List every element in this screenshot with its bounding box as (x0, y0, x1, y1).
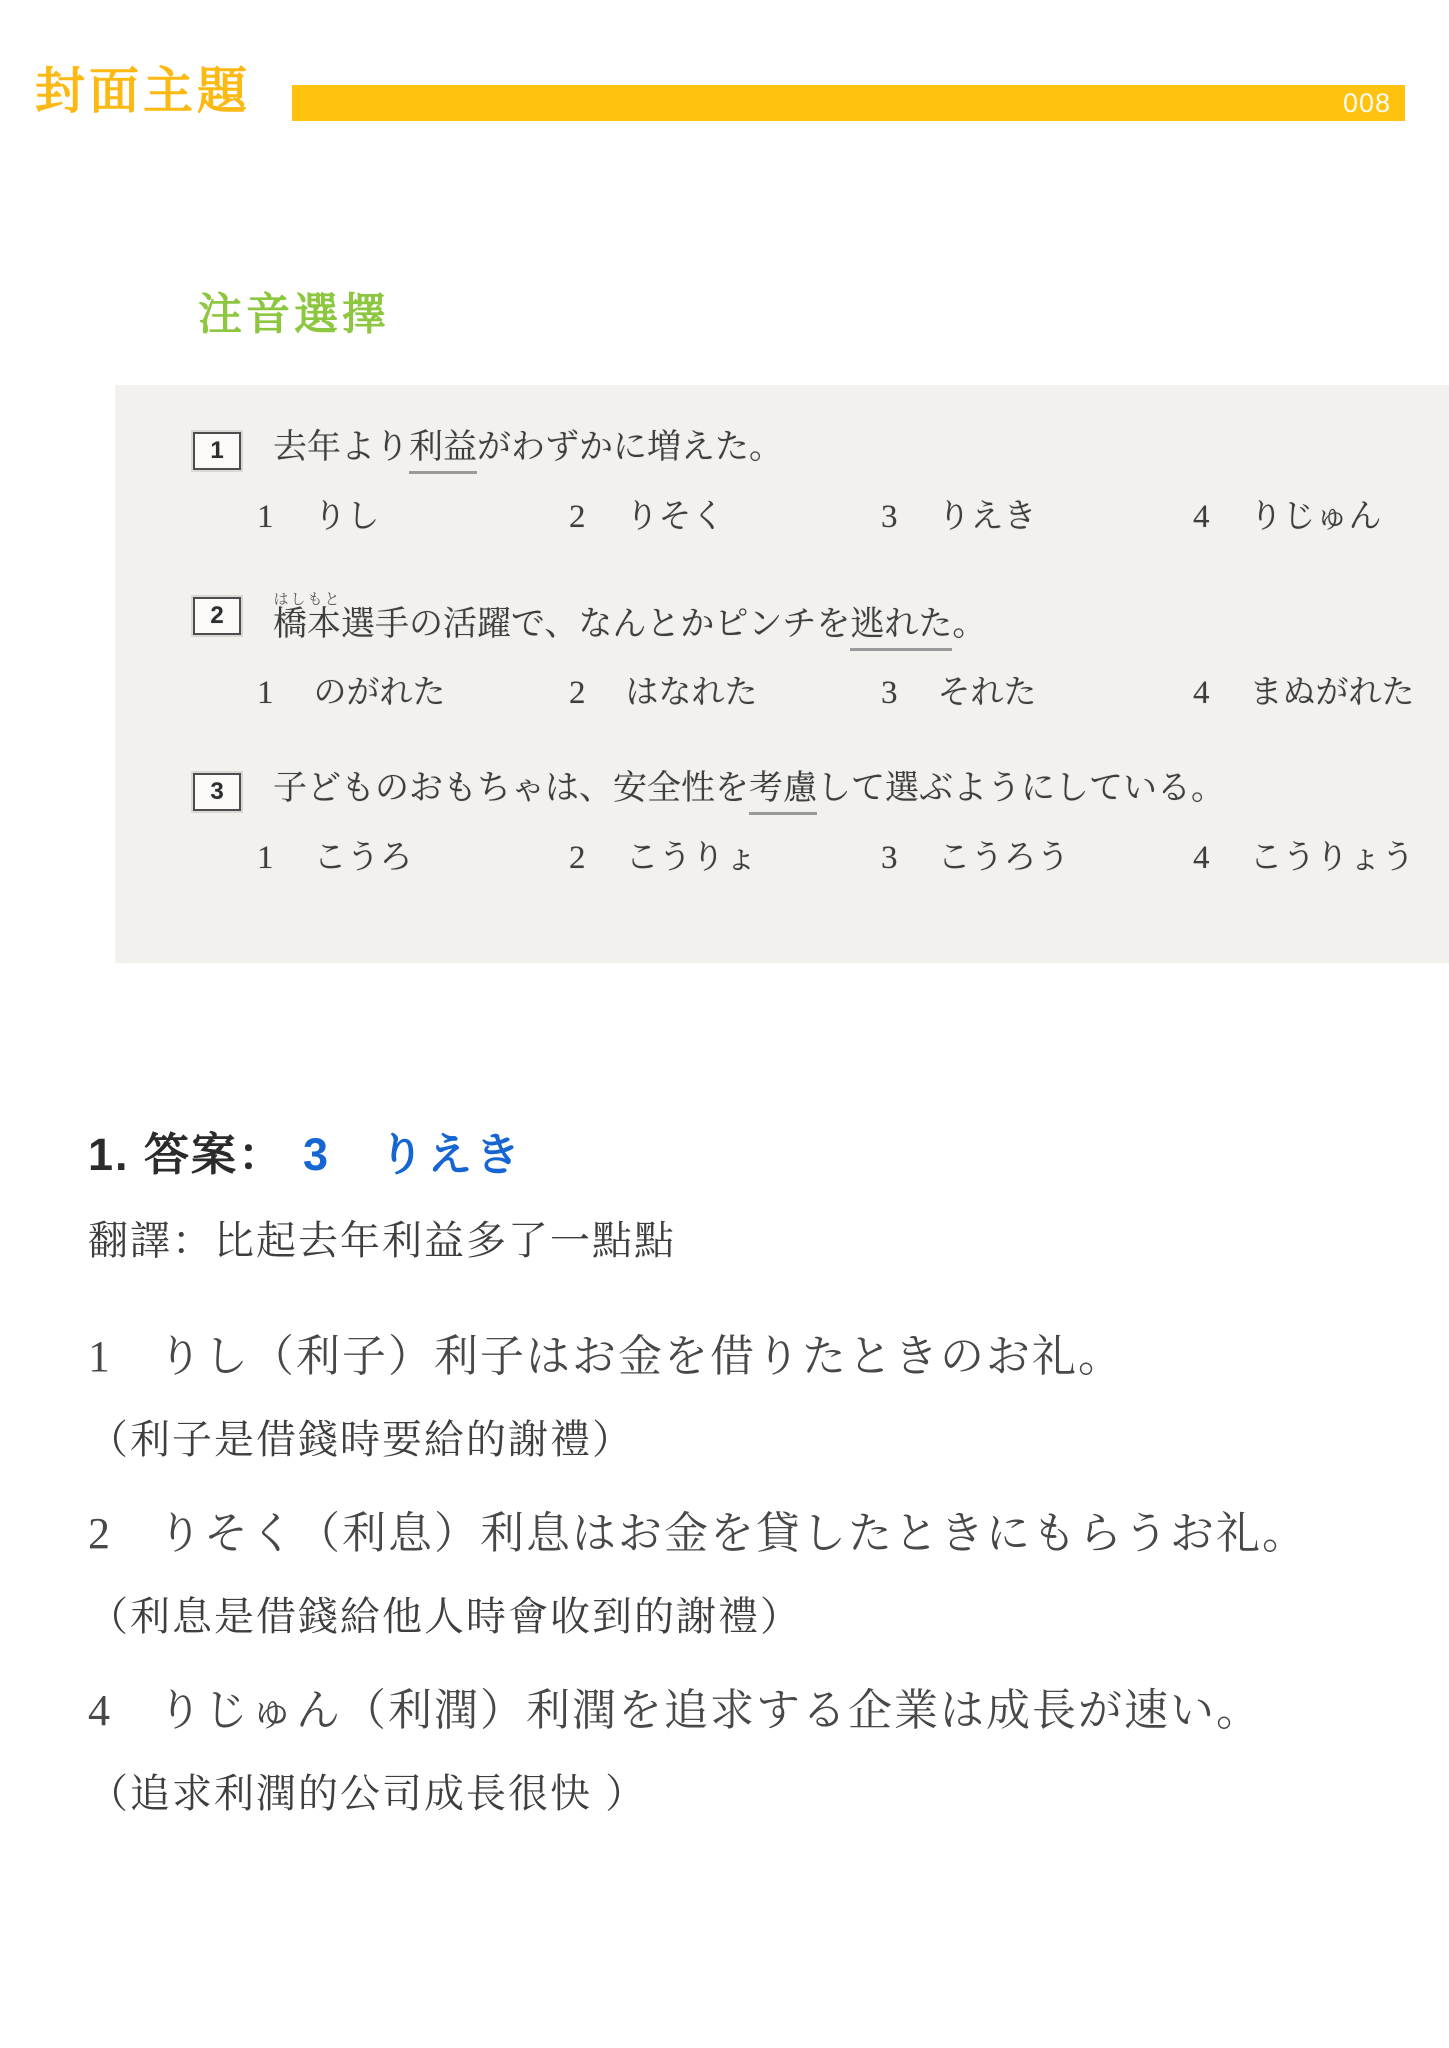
option-item: 2りそく (569, 498, 881, 538)
page-title: 封面主題 (35, 64, 251, 119)
underlined-term: 考慮 (749, 770, 817, 815)
option-number: 4 (1193, 839, 1210, 879)
question-text-pre: 選手の活躍で、なんとかピンチを (341, 606, 850, 643)
option-text: こうりょう (1250, 839, 1415, 879)
furigana-base: 橋本 (273, 606, 341, 643)
option-item: 2はなれた (569, 674, 881, 714)
option-number: 3 (881, 839, 898, 879)
question-text-pre: 子どものおもちゃは、安全性を (273, 770, 749, 807)
option-number: 4 (1193, 674, 1210, 714)
question-text: 去年より利益がわずかに増えた。 (273, 427, 783, 470)
answer-value: 3 りえき (303, 1118, 523, 1183)
explanation-japanese: 2 りそく（利息）利息はお金を貸したときにもらうお礼。 (88, 1497, 1418, 1561)
option-text: りそく (626, 498, 725, 538)
option-text: こうろ (314, 839, 413, 879)
translation-text: 翻譯：比起去年利益多了一點點 (88, 1209, 1418, 1266)
question-number: 3 (210, 777, 223, 807)
question-line: 1 去年より利益がわずかに増えた。 (193, 427, 1449, 470)
page-number: 008 (1343, 88, 1405, 119)
question-number-box: 2 (193, 597, 241, 635)
option-item: 1こうろ (257, 839, 569, 879)
explanation-item: 2 りそく（利息）利息はお金を貸したときにもらうお礼。 （利息是借錢給他人時會收… (88, 1497, 1418, 1642)
question-text: 子どものおもちゃは、安全性を考慮して選ぶようにしている。 (273, 768, 1225, 811)
question-block: 2 橋本はしもと選手の活躍で、なんとかピンチを逃れた。 1のがれた2はなれた3そ… (193, 592, 1449, 714)
option-text: のがれた (314, 674, 446, 714)
question-text-pre: 去年より (273, 429, 409, 466)
question-block: 1 去年より利益がわずかに増えた。 1りし2りそく3りえき4りじゅん (193, 427, 1449, 538)
furigana-text: はしもと (273, 592, 341, 608)
options-row: 1のがれた2はなれた3それた4まぬがれた (257, 674, 1449, 714)
explanation-chinese: （追求利潤的公司成長很快 ） (88, 1762, 1418, 1819)
option-text: りし (314, 498, 380, 538)
question-number: 2 (210, 601, 223, 631)
quiz-scan-image: 1 去年より利益がわずかに増えた。 1りし2りそく3りえき4りじゅん 2 橋本は… (115, 385, 1449, 963)
option-number: 4 (1193, 498, 1210, 538)
quiz-questions: 1 去年より利益がわずかに増えた。 1りし2りそく3りえき4りじゅん 2 橋本は… (193, 427, 1449, 878)
answer-section: 1. 答案： 3 りえき 翻譯：比起去年利益多了一點點 1 りし（利子）利子はお… (88, 1118, 1418, 1851)
question-text: 橋本はしもと選手の活躍で、なんとかピンチを逃れた。 (273, 592, 986, 647)
explanation-chinese: （利子是借錢時要給的謝禮） (88, 1408, 1418, 1465)
option-text: りじゅん (1250, 498, 1382, 538)
option-number: 1 (257, 839, 274, 879)
option-number: 3 (881, 674, 898, 714)
explanation-item: 4 りじゅん（利潤）利潤を追求する企業は成長が速い。 （追求利潤的公司成長很快 … (88, 1674, 1418, 1819)
question-number-box: 1 (193, 432, 241, 470)
option-item: 3それた (881, 674, 1193, 714)
answer-label: 1. 答案： (88, 1118, 285, 1183)
question-text-post: がわずかに増えた。 (477, 429, 783, 466)
options-row: 1りし2りそく3りえき4りじゅん (257, 498, 1449, 538)
question-number: 1 (210, 436, 223, 466)
question-block: 3 子どものおもちゃは、安全性を考慮して選ぶようにしている。 1こうろ2こうりょ… (193, 768, 1449, 879)
document-page: 封面主題 008 注音選擇 1 去年より利益がわずかに増えた。 1りし2りそく3… (0, 0, 1449, 2048)
options-row: 1こうろ2こうりょ3こうろう4こうりょう (257, 839, 1449, 879)
option-item: 3こうろう (881, 839, 1193, 879)
explanation-japanese: 4 りじゅん（利潤）利潤を追求する企業は成長が速い。 (88, 1674, 1418, 1738)
explanation-list: 1 りし（利子）利子はお金を借りたときのお礼。 （利子是借錢時要給的謝禮） 2 … (88, 1320, 1418, 1819)
option-item: 4りじゅん (1193, 498, 1382, 538)
question-line: 3 子どものおもちゃは、安全性を考慮して選ぶようにしている。 (193, 768, 1449, 811)
question-text-post: して選ぶようにしている。 (817, 770, 1225, 807)
explanation-item: 1 りし（利子）利子はお金を借りたときのお礼。 （利子是借錢時要給的謝禮） (88, 1320, 1418, 1465)
section-heading: 注音選擇 (198, 278, 390, 342)
option-item: 3りえき (881, 498, 1193, 538)
option-text: それた (938, 674, 1037, 714)
option-number: 1 (257, 498, 274, 538)
underlined-term: 逃れた (850, 606, 952, 651)
question-number-box: 3 (193, 773, 241, 811)
question-line: 2 橋本はしもと選手の活躍で、なんとかピンチを逃れた。 (193, 592, 1449, 647)
answer-heading: 1. 答案： 3 りえき (88, 1118, 1418, 1183)
option-number: 1 (257, 674, 274, 714)
option-number: 2 (569, 674, 586, 714)
option-text: こうりょ (626, 839, 758, 879)
option-item: 1りし (257, 498, 569, 538)
option-item: 2こうりょ (569, 839, 881, 879)
option-text: りえき (938, 498, 1037, 538)
page-number-bar: 008 (292, 85, 1405, 121)
option-text: まぬがれた (1250, 674, 1415, 714)
option-text: こうろう (938, 839, 1070, 879)
option-number: 3 (881, 498, 898, 538)
option-item: 4こうりょう (1193, 839, 1415, 879)
underlined-term: 利益 (409, 429, 477, 474)
option-item: 4まぬがれた (1193, 674, 1415, 714)
option-item: 1のがれた (257, 674, 569, 714)
explanation-chinese: （利息是借錢給他人時會收到的謝禮） (88, 1585, 1418, 1642)
option-number: 2 (569, 839, 586, 879)
option-text: はなれた (626, 674, 758, 714)
question-text-post: 。 (952, 606, 986, 643)
furigana-ruby: 橋本はしもと (273, 606, 341, 643)
explanation-japanese: 1 りし（利子）利子はお金を借りたときのお礼。 (88, 1320, 1418, 1384)
option-number: 2 (569, 498, 586, 538)
